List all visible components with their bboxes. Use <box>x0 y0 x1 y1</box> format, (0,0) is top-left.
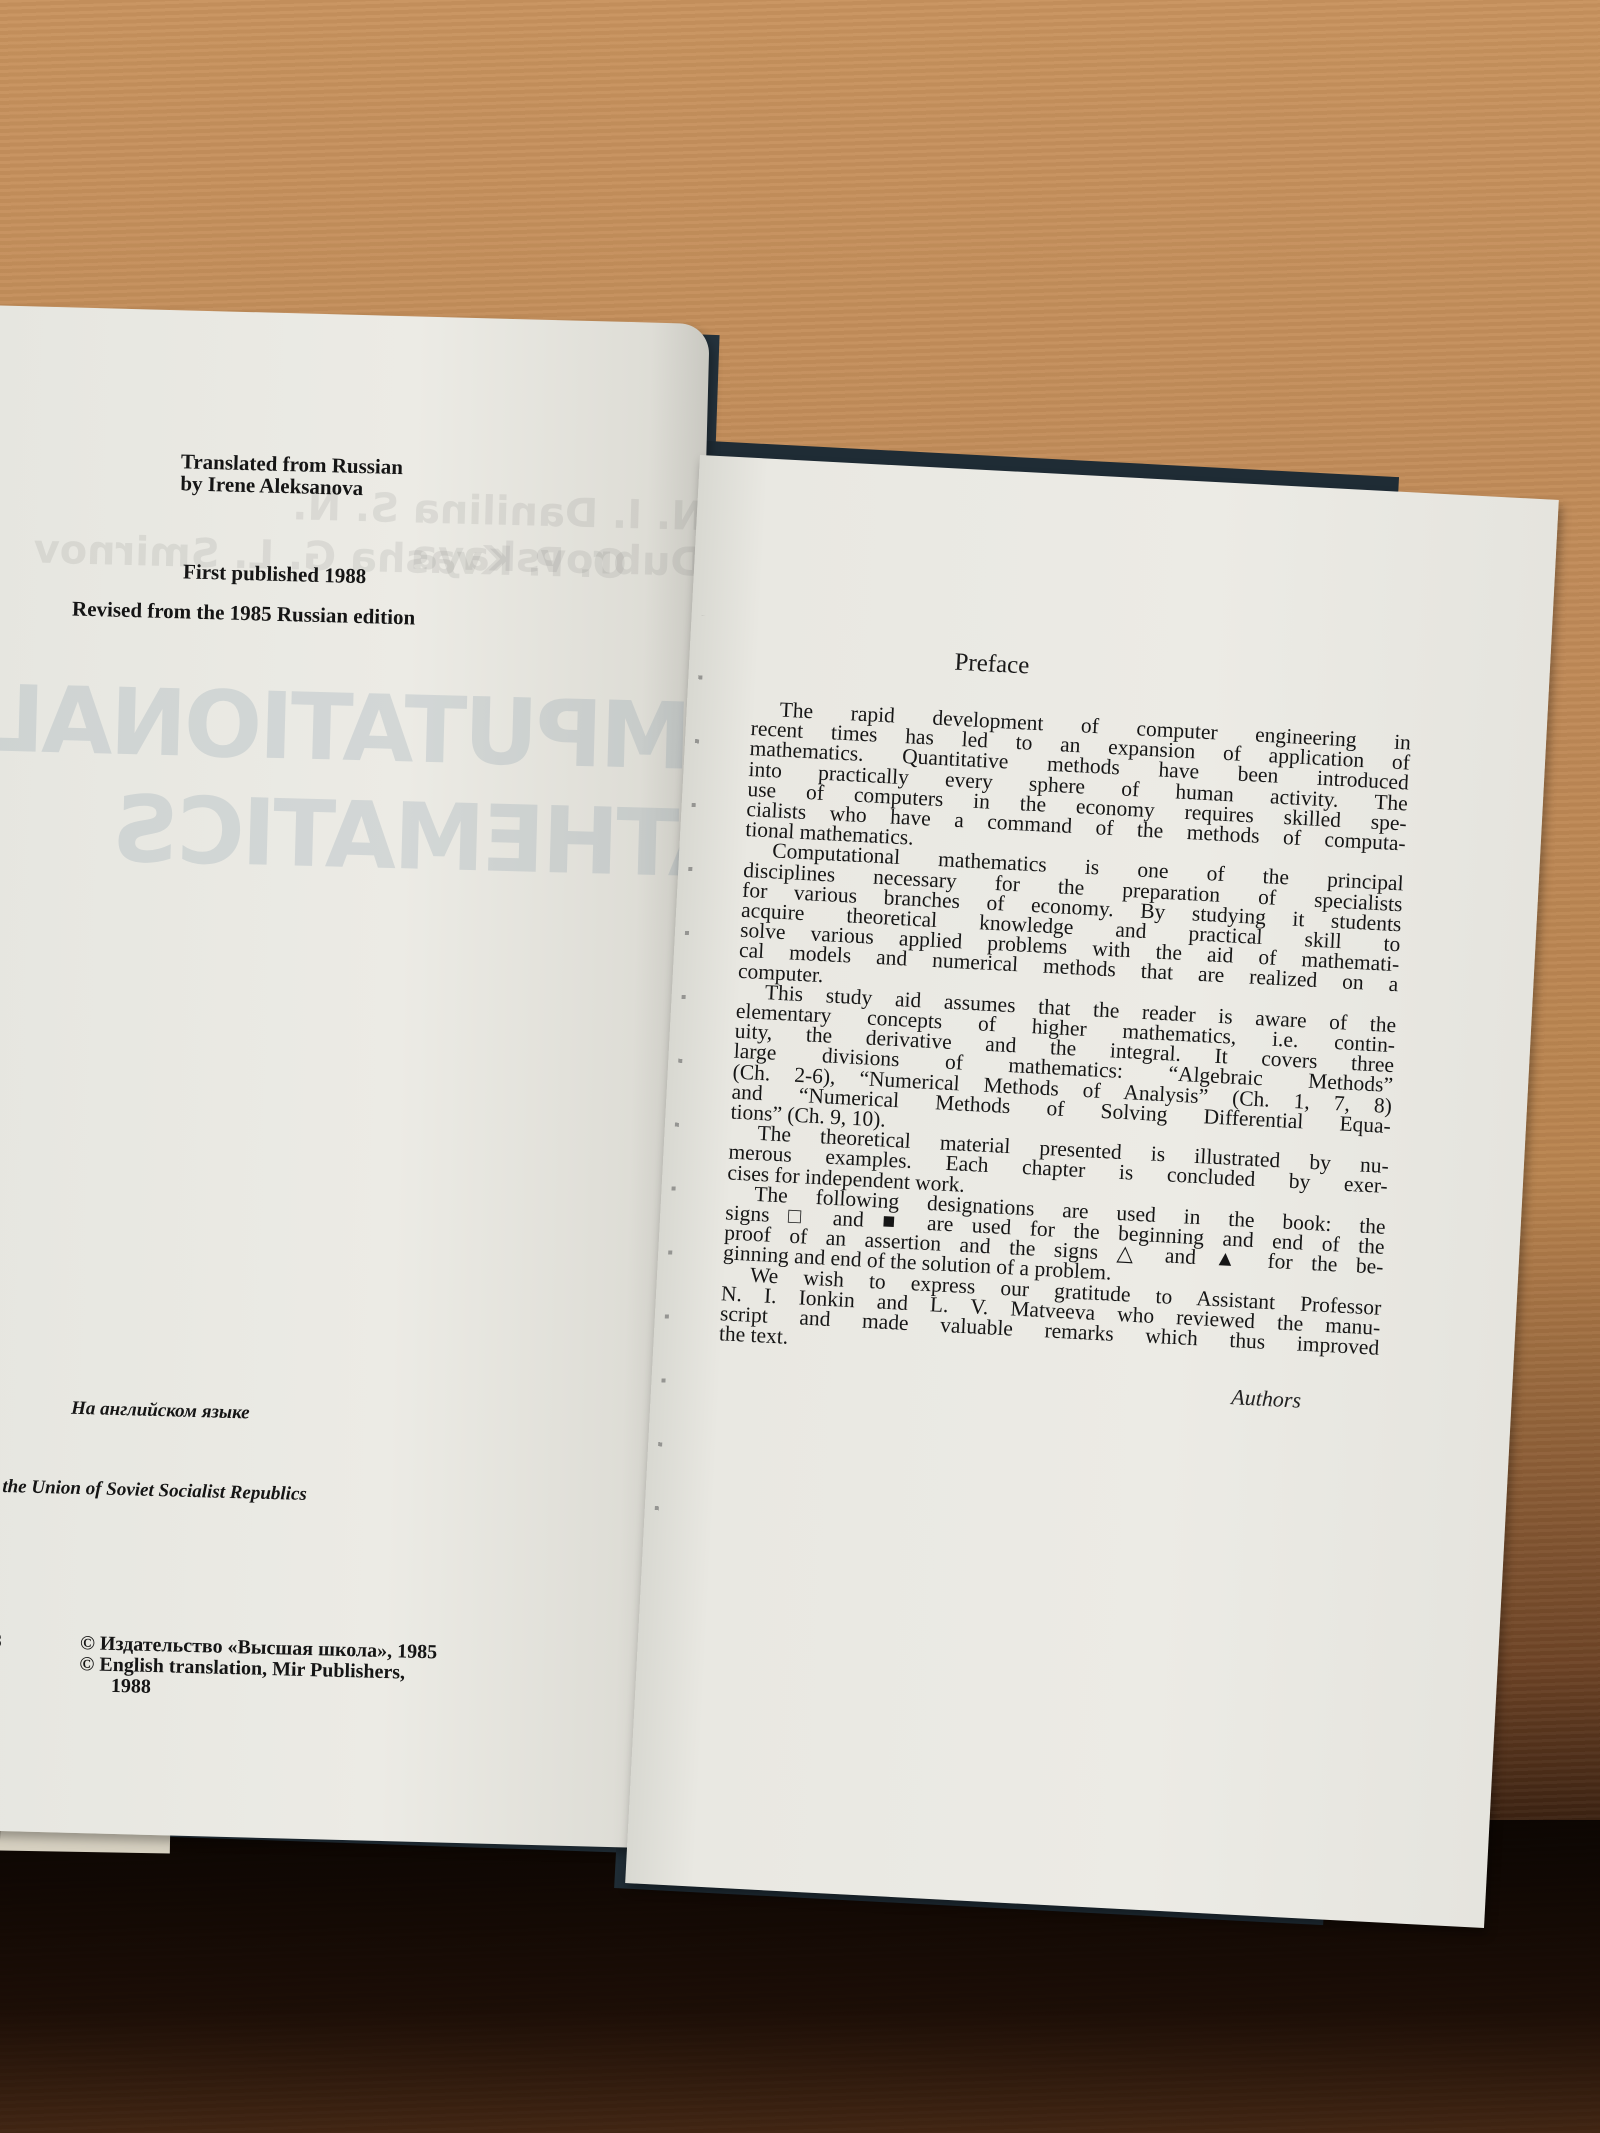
printed-in-note: ed in the Union of Soviet Socialist Repu… <box>0 1475 307 1506</box>
language-note: На английском языке <box>71 1398 250 1425</box>
translation-credit: Translated from Russian by Irene Aleksan… <box>180 450 403 500</box>
first-published: First published 1988 <box>183 560 367 587</box>
preface-body: The rapid development of computer engine… <box>719 698 1412 1378</box>
signature: Authors <box>1231 1384 1302 1414</box>
left-page: N. I. Danilina S. N. Dubrovskaya O. P. K… <box>0 305 710 1849</box>
copyright-block: © Издательство «Высшая школа», 1985 © En… <box>79 1633 438 1705</box>
page-title: Preface <box>954 649 1030 681</box>
isbn-fragment: 275-8 <box>0 1630 2 1652</box>
revised-edition-note: Revised from the 1985 Russian edition <box>72 598 416 629</box>
right-page: Preface The rapid development of compute… <box>625 455 1559 1928</box>
